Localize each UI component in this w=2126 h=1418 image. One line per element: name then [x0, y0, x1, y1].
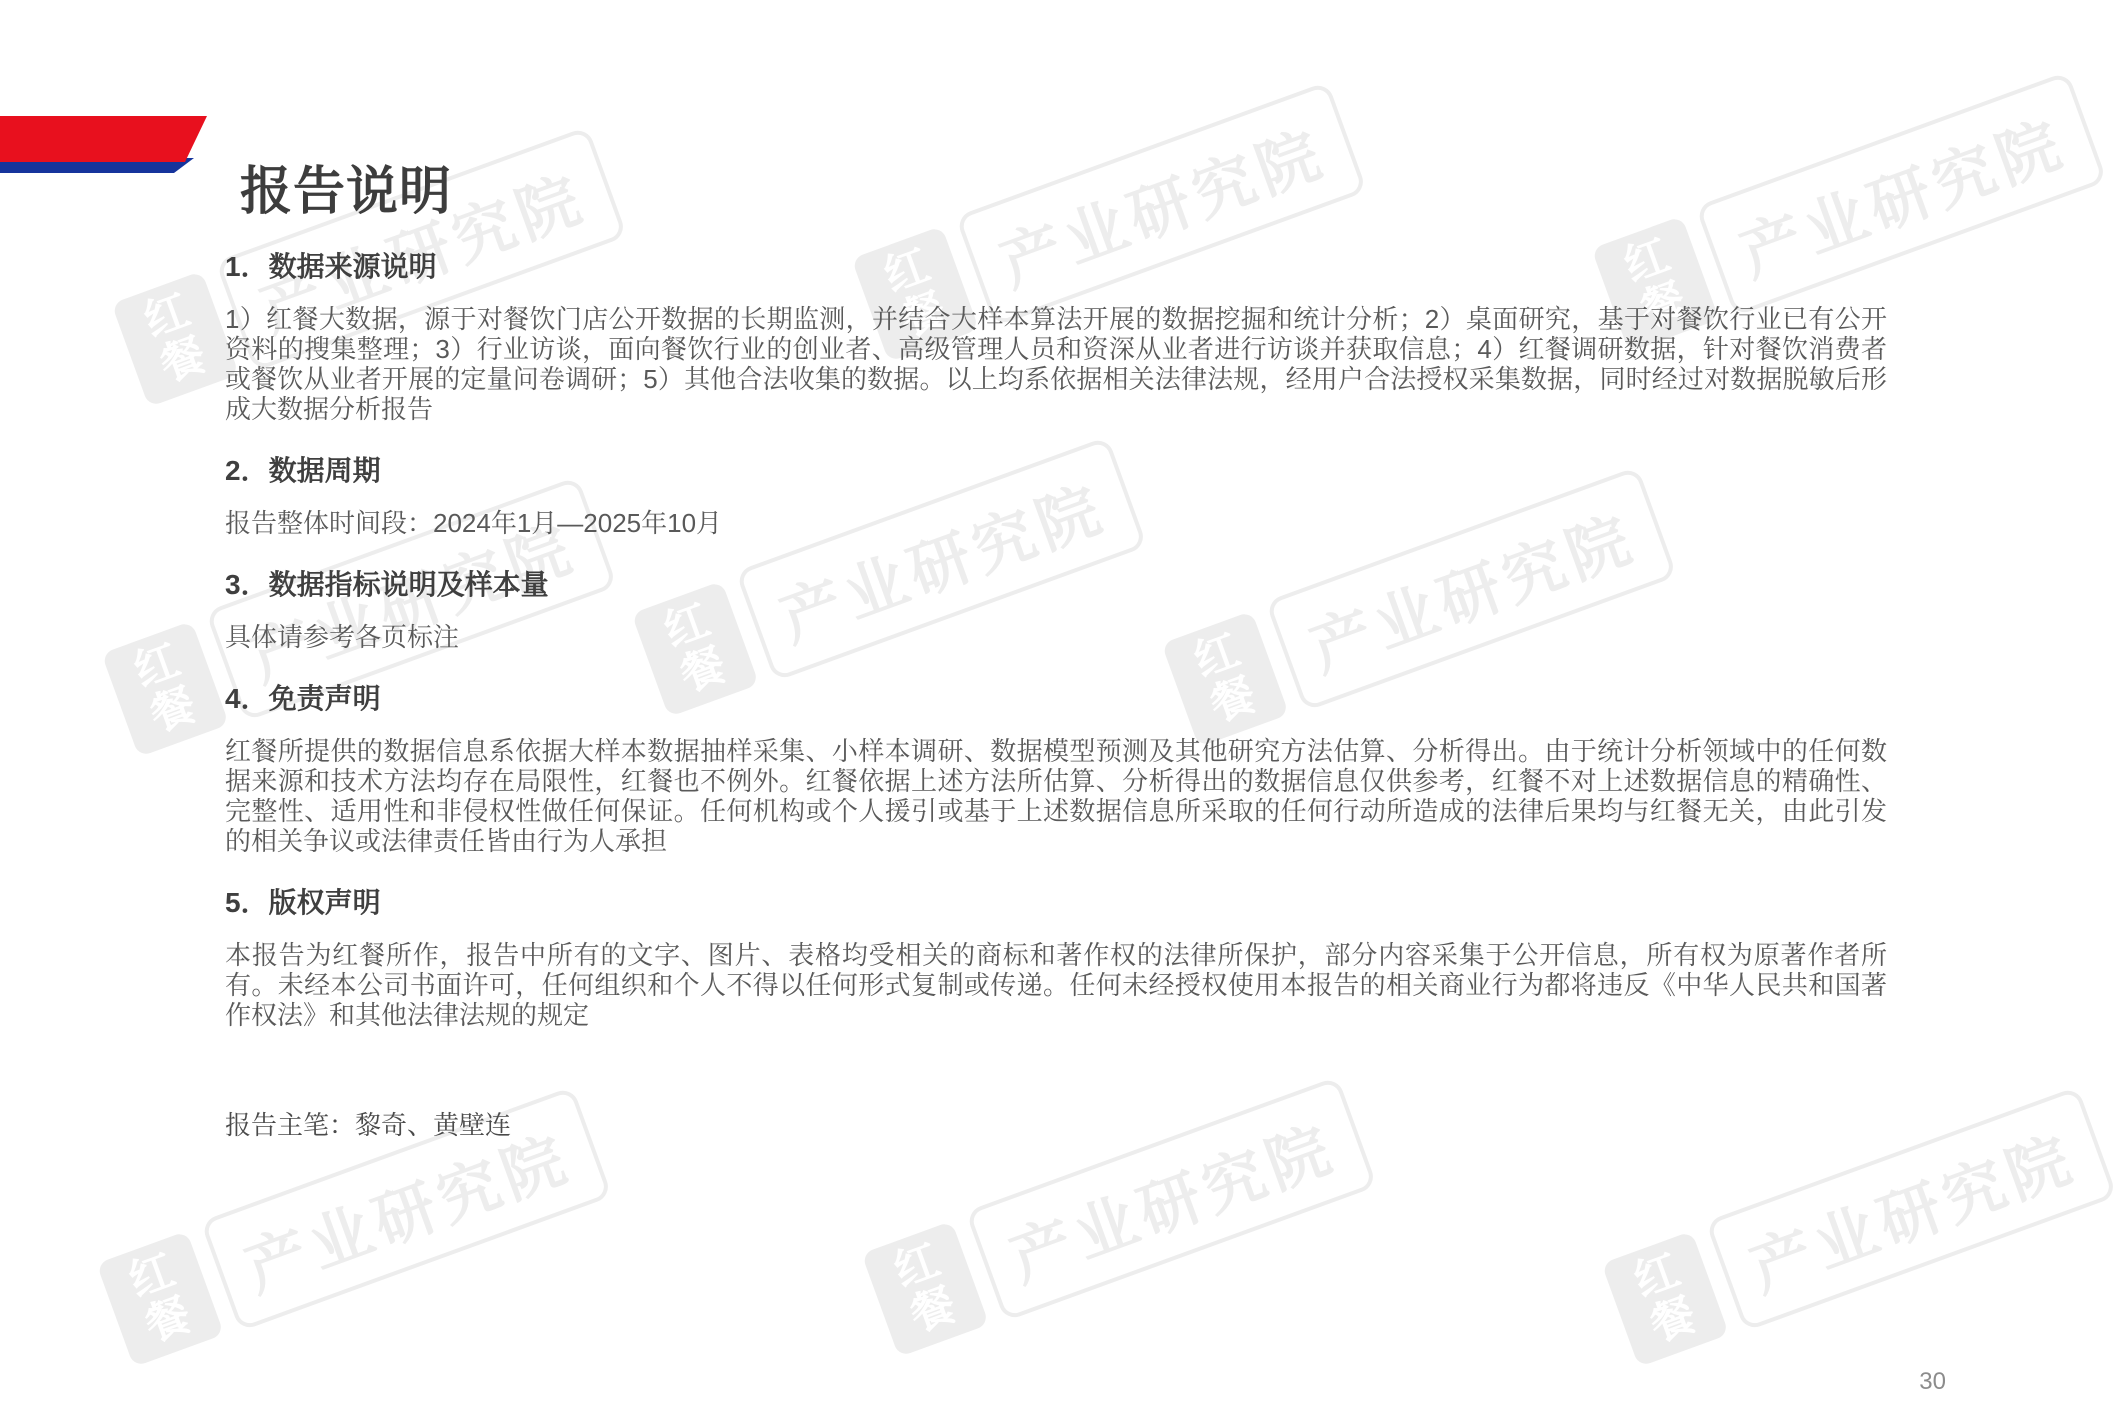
authors-line: 报告主笔：黎奇、黄壁连 [225, 1110, 1887, 1140]
section-body: 具体请参考各页标注 [225, 622, 1887, 652]
watermark-institute-text: 产业研究院 [1742, 1124, 2085, 1305]
section-heading: 1．数据来源说明 [225, 250, 1887, 284]
section-data-period: 2．数据周期 报告整体时间段：2024年1月—2025年10月 [225, 454, 1887, 538]
section-body: 红餐所提供的数据信息系依据大样本数据抽样采集、小样本调研、数据模型预测及其他研究… [225, 736, 1887, 856]
section-heading: 5．版权声明 [225, 886, 1887, 920]
section-heading: 4．免责声明 [225, 682, 1887, 716]
brand-logo-block: 红餐 [111, 270, 239, 406]
section-indicators-sample: 3．数据指标说明及样本量 具体请参考各页标注 [225, 568, 1887, 652]
report-page: 红餐 产业研究院 红餐 产业研究院 红餐 产业研究院 红餐 产业研究院 红餐 产… [0, 0, 2126, 1418]
section-heading: 3．数据指标说明及样本量 [225, 568, 1887, 602]
brand-logo-block: 红餐 [861, 1220, 989, 1356]
section-body: 1）红餐大数据，源于对餐饮门店公开数据的长期监测，并结合大样本算法开展的数据挖掘… [225, 304, 1887, 424]
section-data-sources: 1．数据来源说明 1）红餐大数据，源于对餐饮门店公开数据的长期监测，并结合大样本… [225, 250, 1887, 424]
section-body: 本报告为红餐所作，报告中所有的文字、图片、表格均受相关的商标和著作权的法律所保护… [225, 940, 1887, 1030]
header-ribbon-red [0, 116, 207, 162]
report-notes-content: 1．数据来源说明 1）红餐大数据，源于对餐饮门店公开数据的长期监测，并结合大样本… [225, 250, 1887, 1140]
section-heading: 2．数据周期 [225, 454, 1887, 488]
watermark-institute-text: 产业研究院 [237, 1124, 580, 1305]
section-disclaimer: 4．免责声明 红餐所提供的数据信息系依据大样本数据抽样采集、小样本调研、数据模型… [225, 682, 1887, 856]
brand-logo-block: 红餐 [96, 1230, 224, 1366]
page-title: 报告说明 [240, 149, 452, 224]
page-number: 30 [1919, 1368, 1946, 1396]
section-body: 报告整体时间段：2024年1月—2025年10月 [225, 508, 1887, 538]
brand-logo-block: 红餐 [1601, 1230, 1729, 1366]
section-copyright: 5．版权声明 本报告为红餐所作，报告中所有的文字、图片、表格均受相关的商标和著作… [225, 886, 1887, 1030]
brand-logo-block: 红餐 [101, 620, 229, 756]
watermark-institute-text: 产业研究院 [1002, 1114, 1345, 1295]
